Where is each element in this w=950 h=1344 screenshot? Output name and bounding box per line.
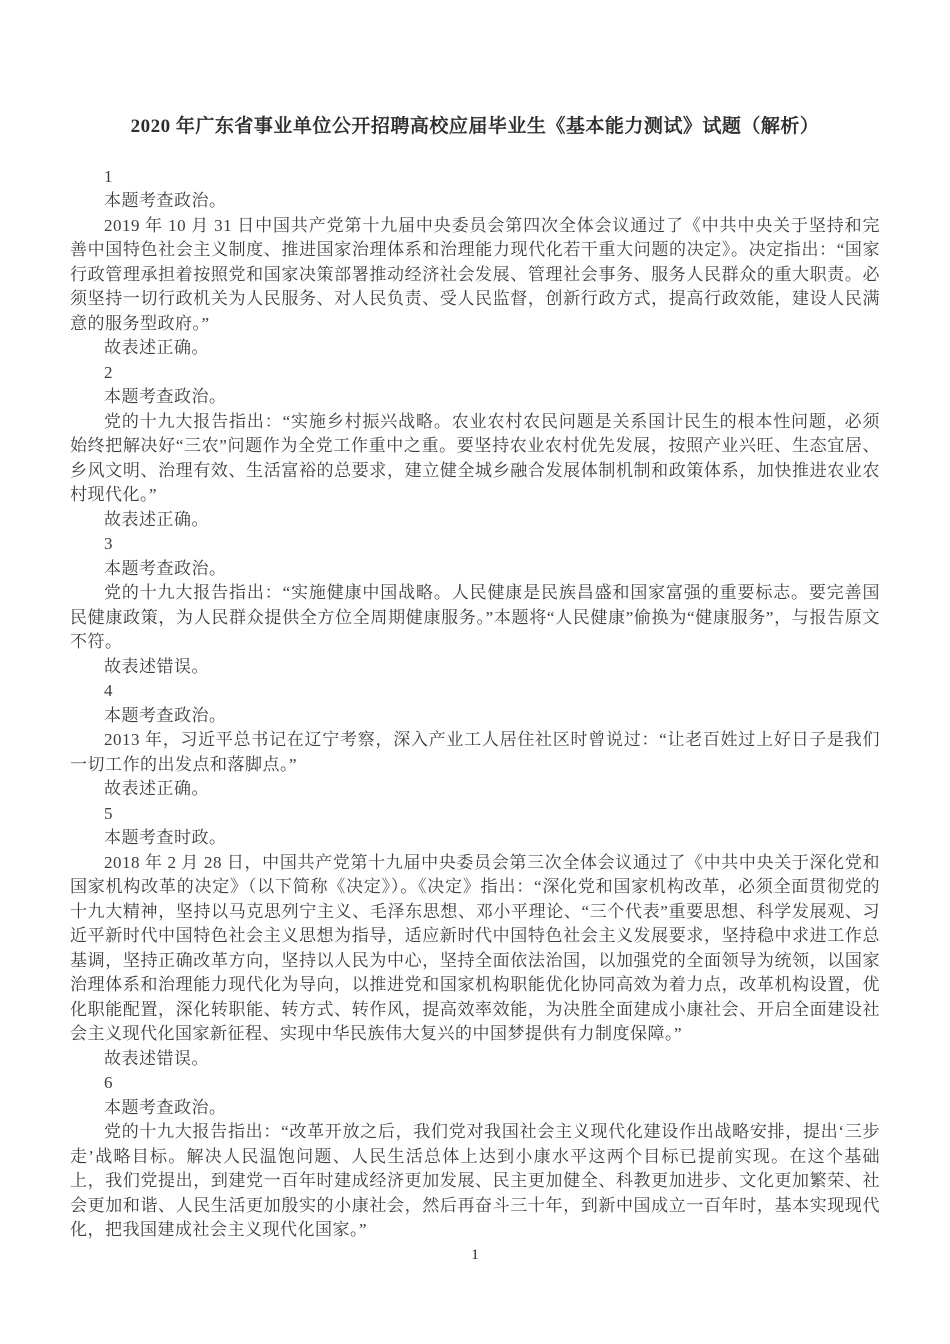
question-analysis: 2019 年 10 月 31 日中国共产党第十九届中央委员会第四次全体会议通过了… — [70, 214, 880, 337]
page-number: 1 — [0, 1247, 950, 1264]
question-category: 本题考查时政。 — [70, 826, 880, 851]
question-category: 本题考查政治。 — [70, 704, 880, 729]
question-analysis: 党的十九大报告指出：“实施健康中国战略。人民健康是民族昌盛和国家富强的重要标志。… — [70, 581, 880, 655]
question-category: 本题考查政治。 — [70, 385, 880, 410]
question-analysis: 党的十九大报告指出：“实施乡村振兴战略。农业农村农民问题是关系国计民生的根本性问… — [70, 410, 880, 508]
question-category: 本题考查政治。 — [70, 189, 880, 214]
question-number: 3 — [70, 532, 880, 557]
question-number: 5 — [70, 802, 880, 827]
question-category: 本题考查政治。 — [70, 1096, 880, 1121]
question-number: 1 — [70, 165, 880, 190]
question-number: 6 — [70, 1071, 880, 1096]
question-conclusion: 故表述错误。 — [70, 1047, 880, 1072]
question-conclusion: 故表述正确。 — [70, 508, 880, 533]
question-number: 4 — [70, 679, 880, 704]
document-page: 2020 年广东省事业单位公开招聘高校应届毕业生《基本能力测试》试题（解析） 1… — [0, 0, 950, 1344]
question-category: 本题考查政治。 — [70, 557, 880, 582]
question-analysis: 党的十九大报告指出：“改革开放之后，我们党对我国社会主义现代化建设作出战略安排，… — [70, 1120, 880, 1243]
question-conclusion: 故表述正确。 — [70, 336, 880, 361]
question-analysis: 2018 年 2 月 28 日，中国共产党第十九届中央委员会第三次全体会议通过了… — [70, 851, 880, 1047]
question-conclusion: 故表述错误。 — [70, 655, 880, 680]
document-title: 2020 年广东省事业单位公开招聘高校应届毕业生《基本能力测试》试题（解析） — [0, 0, 950, 139]
question-analysis: 2013 年，习近平总书记在辽宁考察，深入产业工人居住社区时曾说过：“让老百姓过… — [70, 728, 880, 777]
question-number: 2 — [70, 361, 880, 386]
question-conclusion: 故表述正确。 — [70, 777, 880, 802]
questions-container: 1本题考查政治。2019 年 10 月 31 日中国共产党第十九届中央委员会第四… — [70, 165, 880, 1243]
